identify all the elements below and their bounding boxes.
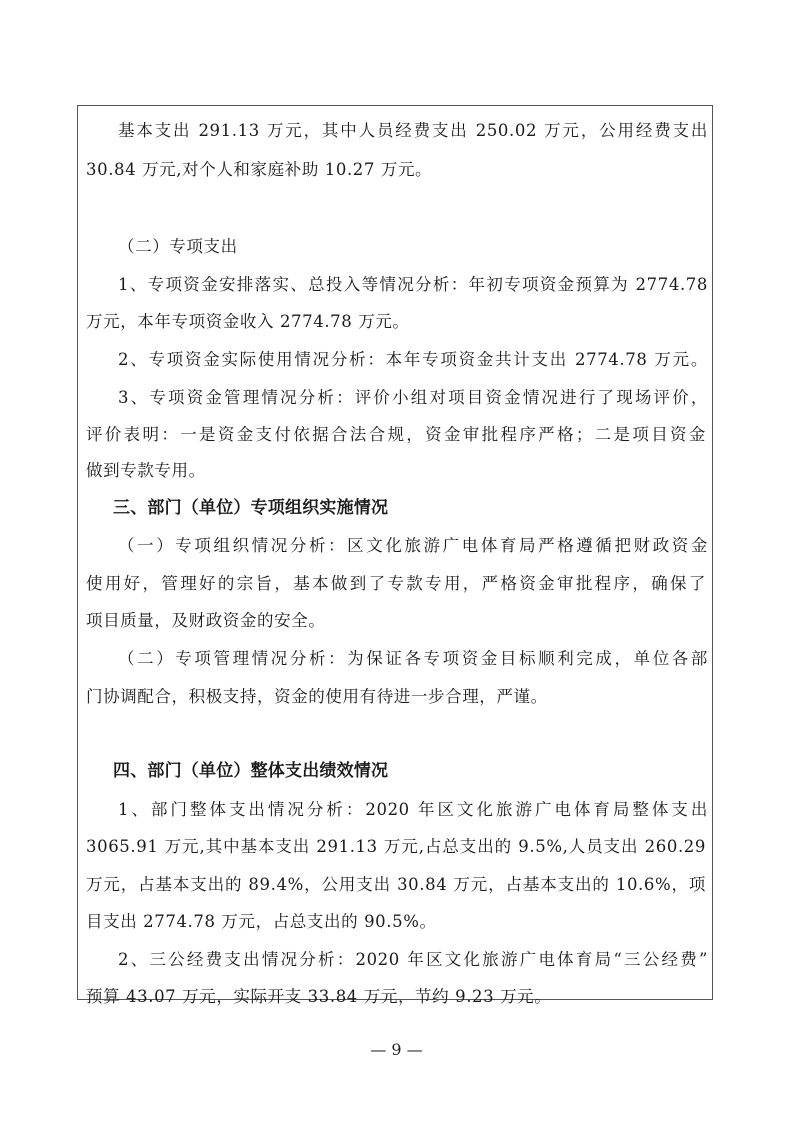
- special-item-3-line-2: 评价表明：一是资金支付依据合法合规，资金审批程序严格；二是项目资金: [86, 424, 706, 446]
- section-4-item-1-line-3: 万元，占基本支出的 89.4%，公用支出 30.84 万元，占基本支出的 10.…: [86, 874, 706, 896]
- section-3-item-1-line-2: 使用好，管理好的宗旨，基本做到了专款专用，严格资金审批程序，确保了: [86, 573, 706, 595]
- basic-expense-line-1: 基本支出 291.13 万元，其中人员经费支出 250.02 万元，公用经费支出: [118, 120, 708, 142]
- special-item-3-line-3: 做到专款专用。: [86, 460, 706, 482]
- special-expense-subheading: （二）专项支出: [118, 236, 738, 258]
- special-item-1-line-1: 1、专项资金安排落实、总投入等情况分析：年初专项资金预算为 2774.78: [118, 274, 708, 296]
- section-4-item-2-line-2: 预算 43.07 万元，实际开支 33.84 万元，节约 9.23 万元。: [86, 986, 706, 1008]
- section-3-item-1-line-3: 项目质量，及财政资金的安全。: [86, 610, 706, 632]
- special-item-1-line-2: 万元，本年专项资金收入 2774.78 万元。: [86, 311, 706, 333]
- page-number: — 9 —: [0, 1040, 793, 1060]
- special-item-3-line-1: 3、专项资金管理情况分析：评价小组对项目资金情况进行了现场评价，: [118, 387, 708, 409]
- section-4-item-1-line-1: 1、部门整体支出情况分析：2020 年区文化旅游广电体育局整体支出: [118, 799, 708, 821]
- section-3-item-2-line-1: （二）专项管理情况分析：为保证各专项资金目标顺利完成，单位各部: [118, 648, 708, 670]
- section-3-item-1-line-1: （一）专项组织情况分析：区文化旅游广电体育局严格遵循把财政资金: [118, 535, 708, 557]
- section-4-item-1-line-2: 3065.91 万元,其中基本支出 291.13 万元,占总支出的 9.5%,人…: [86, 836, 706, 858]
- basic-expense-line-2: 30.84 万元,对个人和家庭补助 10.27 万元。: [86, 159, 706, 181]
- special-item-2-line-1: 2、专项资金实际使用情况分析：本年专项资金共计支出 2774.78 万元。: [118, 349, 708, 371]
- section-4-item-2-line-1: 2、三公经费支出情况分析：2020 年区文化旅游广电体育局“三公经费”: [118, 949, 708, 971]
- section-4-item-1-line-4: 目支出 2774.78 万元，占总支出的 90.5%。: [86, 911, 706, 933]
- section-3-item-2-line-2: 门协调配合，积极支持，资金的使用有待进一步合理，严谨。: [86, 686, 706, 708]
- section-3-heading: 三、部门（单位）专项组织实施情况: [113, 497, 733, 519]
- section-4-heading: 四、部门（单位）整体支出绩效情况: [113, 760, 733, 782]
